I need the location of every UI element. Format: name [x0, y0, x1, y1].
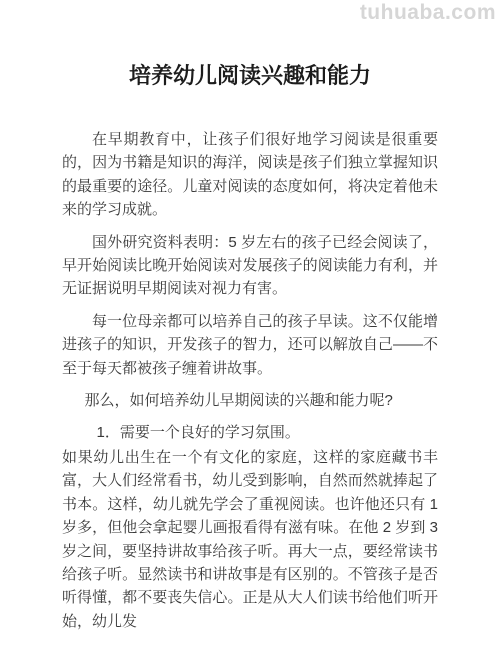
page-title: 培养幼儿阅读兴趣和能力 — [0, 62, 500, 90]
paragraph-research: 国外研究资料表明：5 岁左右的孩子已经会阅读了，早开始阅读比晚开始阅读对发展孩子… — [62, 231, 438, 301]
paragraph-point-1-body: 如果幼儿出生在一个有文化的家庭，这样的家庭藏书丰富，大人们经常看书，幼儿受到影响… — [62, 446, 438, 633]
paragraph-question: 那么，如何培养幼儿早期阅读的兴趣和能力呢? — [62, 389, 438, 412]
paragraph-point-1-heading: 1．需要一个良好的学习氛围。 — [62, 421, 438, 444]
document-body: 在早期教育中，让孩子们很好地学习阅读是很重要的，因为书籍是知识的海洋，阅读是孩子… — [62, 128, 438, 633]
paragraph-intro: 在早期教育中，让孩子们很好地学习阅读是很重要的，因为书籍是知识的海洋，阅读是孩子… — [62, 128, 438, 222]
document-page: tuhuaba.com 培养幼儿阅读兴趣和能力 在早期教育中，让孩子们很好地学习… — [0, 0, 500, 648]
paragraph-mothers: 每一位母亲都可以培养自己的孩子早读。这不仅能增进孩子的知识，开发孩子的智力，还可… — [62, 310, 438, 380]
watermark-text: tuhuaba.com — [360, 1, 496, 25]
